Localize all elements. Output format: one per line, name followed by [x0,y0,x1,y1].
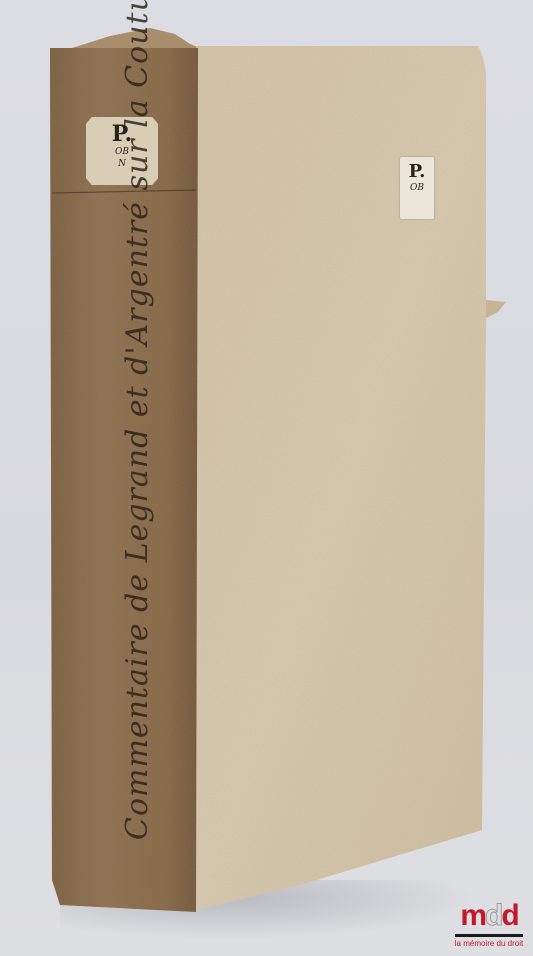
logo-mark: mdd [451,901,527,931]
spine-handwritten-title: Commentaire de Legrand et d'Argentré sur… [120,0,155,840]
photo: P. OB N P. OB Commentaire de Legrand et … [0,0,533,956]
mdd-logo: mdd la mémoire du droit [451,901,527,948]
logo-tagline: la mémoire du droit [451,939,527,948]
cover-shelf-label: P. OB [400,157,434,219]
book [0,0,533,956]
torn-edge-flap [486,300,506,318]
logo-underline [455,934,523,937]
